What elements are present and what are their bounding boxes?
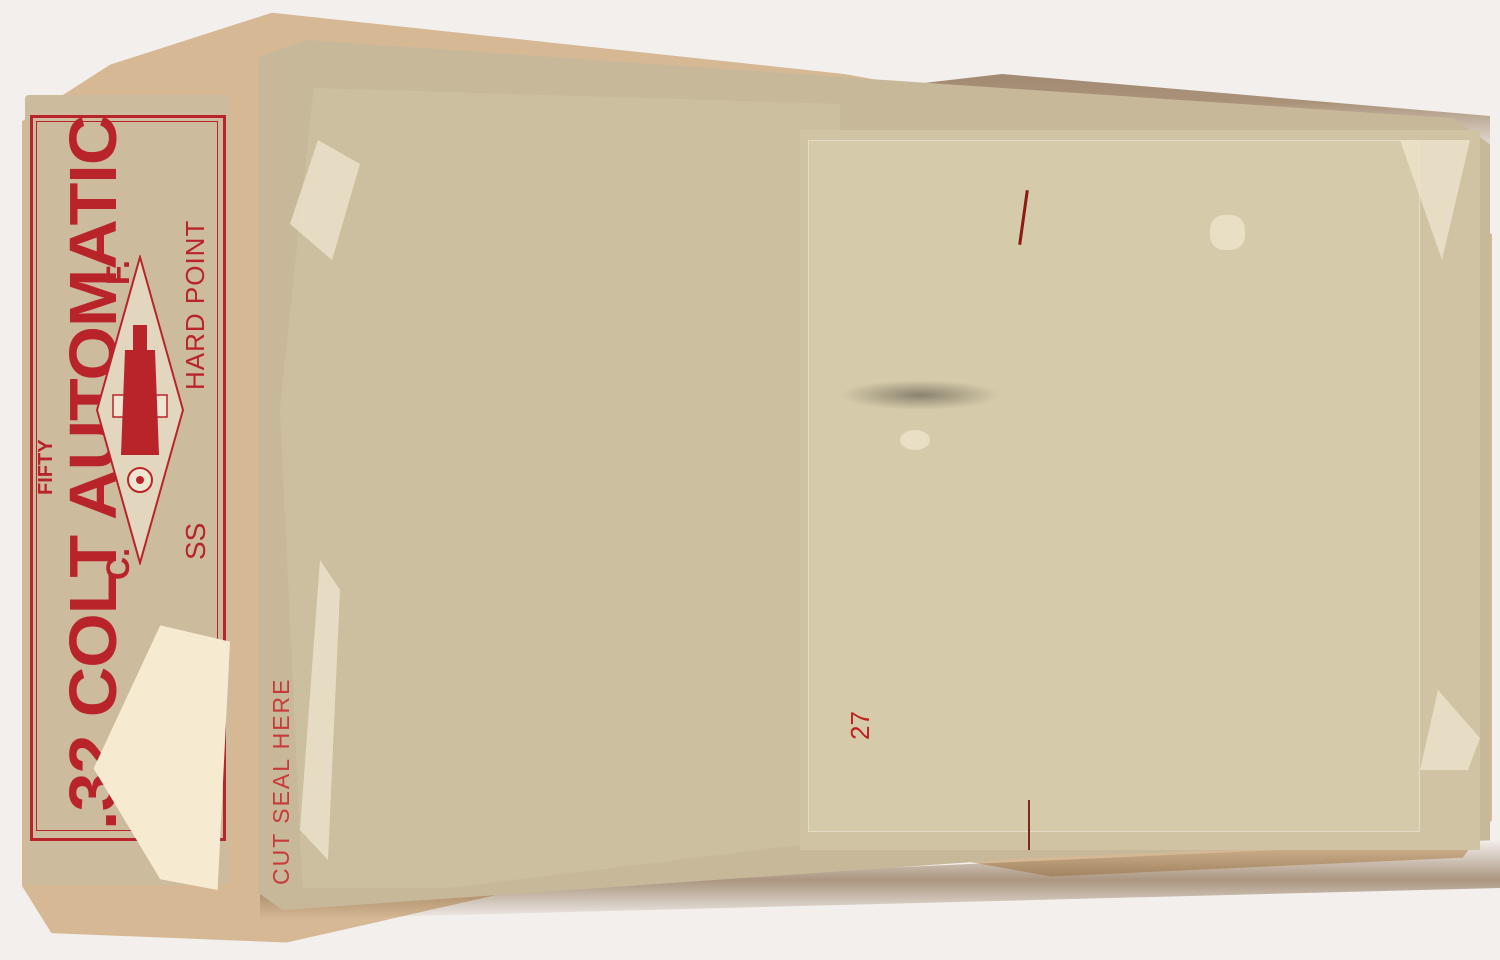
cut-seal-instruction: CUT SEAL HERE xyxy=(268,678,295,886)
pencil-smudge xyxy=(840,380,1000,410)
cartridge-diamond-emblem-icon xyxy=(95,255,185,565)
paper-wear xyxy=(900,430,930,450)
paper-wear xyxy=(1210,215,1245,250)
drawer-panel-left xyxy=(280,88,840,888)
paper-label-patch xyxy=(808,140,1420,832)
inspector-number: 27 xyxy=(845,711,876,740)
cut-line-mark xyxy=(1028,800,1030,850)
round-count: FIFTY xyxy=(35,439,58,495)
